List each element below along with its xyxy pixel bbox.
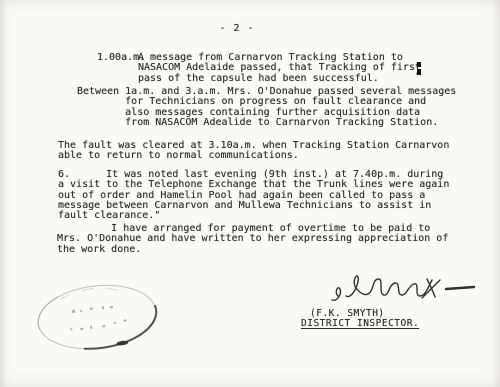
oval-stamp: [33, 279, 161, 357]
document-page: - 2 - 1.00a.m. A message from Carnarvon …: [0, 0, 500, 387]
text-line: from NASACOM Adealide to Carnarvon Track…: [77, 118, 456, 128]
page-number: - 2 -: [197, 24, 277, 34]
paragraph-fault-cleared: The fault was cleared at 3.10a.m. when T…: [58, 141, 449, 162]
text-line: the work done.: [57, 245, 448, 255]
log-entry-body: A message from Carnarvon Tracking Statio…: [138, 53, 421, 84]
paragraph-item-6: 6. It was noted last evening (9th inst.)…: [58, 170, 449, 221]
text-line: pass of the capsule had been successful.: [138, 74, 421, 84]
handwritten-signature: [328, 270, 480, 312]
paragraph-closing: I have arranged for payment of overtime …: [57, 224, 448, 255]
paragraph-between: Between 1a.m. and 3.a.m. Mrs. O'Donahue …: [77, 87, 456, 128]
text-line: fault clearance.": [58, 211, 449, 221]
ink-blot: [414, 62, 423, 77]
text-line: able to return to normal communications.: [58, 151, 449, 161]
signatory-title: DISTRICT INSPECTOR.: [301, 319, 419, 329]
